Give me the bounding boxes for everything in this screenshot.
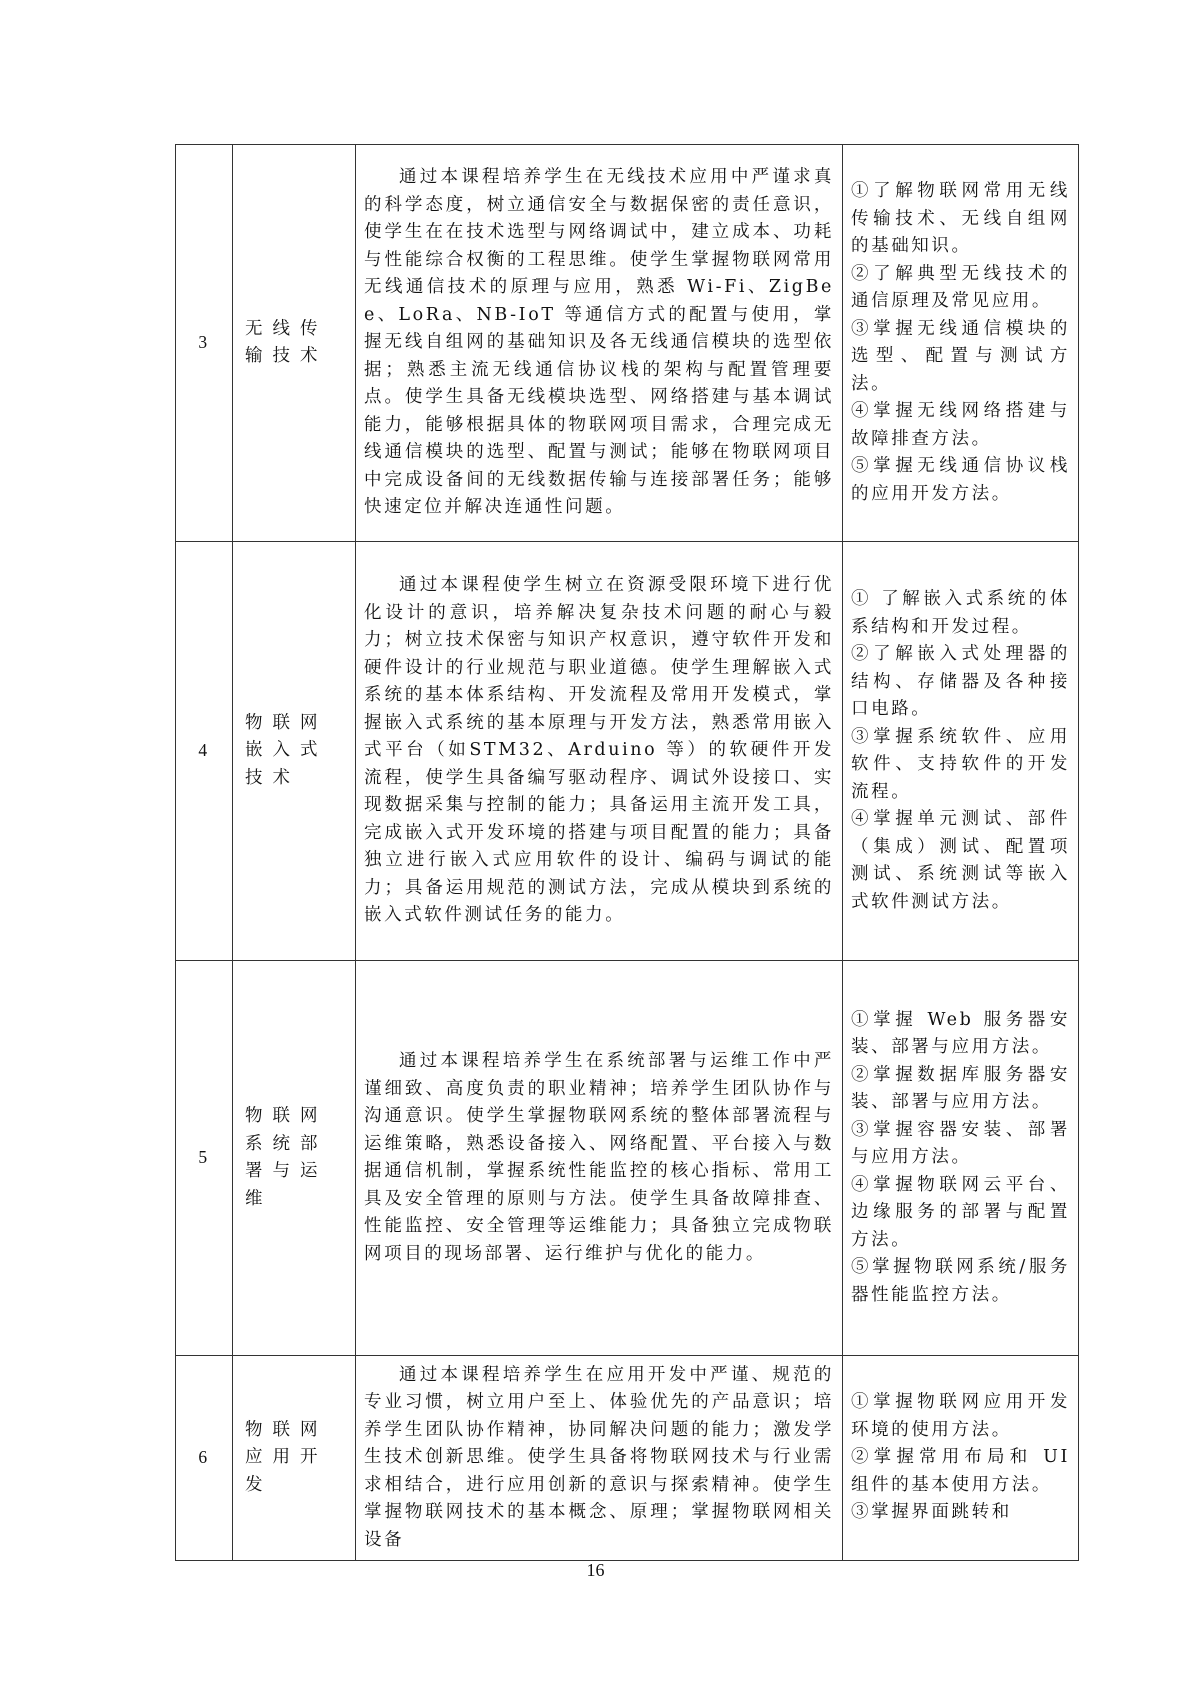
course-number: 6	[176, 1356, 233, 1561]
requirement-item: ④掌握无线网络搭建与故障排查方法。	[851, 398, 1070, 453]
requirement-item: ①了解物联网常用无线传输技术、无线自组网的基础知识。	[851, 178, 1070, 261]
objectives-text: 通过本课程使学生树立在资源受限环境下进行优化设计的意识，培养解决复杂技术问题的耐…	[364, 572, 834, 930]
course-name: 无线传输技术	[233, 145, 356, 542]
course-name: 物联网系统部署与运维	[233, 961, 356, 1356]
requirement-item: ⑤掌握物联网系统/服务器性能监控方法。	[851, 1254, 1070, 1309]
course-number: 5	[176, 961, 233, 1356]
course-name: 物联网嵌入式技术	[233, 542, 356, 961]
requirement-item: ②了解嵌入式处理器的结构、存储器及各种接口电路。	[851, 641, 1070, 724]
table-row: 4 物联网嵌入式技术 通过本课程使学生树立在资源受限环境下进行优化设计的意识，培…	[176, 542, 1079, 961]
course-number: 4	[176, 542, 233, 961]
course-requirements: ①了解物联网常用无线传输技术、无线自组网的基础知识。 ②了解典型无线技术的通信原…	[843, 145, 1079, 542]
requirement-item: ③掌握界面跳转和	[851, 1499, 1070, 1527]
course-objectives: 通过本课程培养学生在无线技术应用中严谨求真的科学态度，树立通信安全与数据保密的责…	[356, 145, 843, 542]
requirement-item: ④掌握单元测试、部件（集成）测试、配置项测试、系统测试等嵌入式软件测试方法。	[851, 806, 1070, 916]
requirement-item: ④掌握物联网云平台、边缘服务的部署与配置方法。	[851, 1172, 1070, 1255]
requirement-item: ②掌握数据库服务器安装、部署与应用方法。	[851, 1062, 1070, 1117]
requirement-item: ① 了解嵌入式系统的体系结构和开发过程。	[851, 586, 1070, 641]
course-name: 物联网应用开发	[233, 1356, 356, 1561]
requirement-item: ③掌握系统软件、应用软件、支持软件的开发流程。	[851, 724, 1070, 807]
document-page: 3 无线传输技术 通过本课程培养学生在无线技术应用中严谨求真的科学态度，树立通信…	[0, 0, 1191, 1684]
table-row: 6 物联网应用开发 通过本课程培养学生在应用开发中严谨、规范的专业习惯，树立用户…	[176, 1356, 1079, 1561]
course-requirements: ①掌握物联网应用开发环境的使用方法。 ②掌握常用布局和 UI 组件的基本使用方法…	[843, 1356, 1079, 1561]
requirement-item: ①掌握 Web 服务器安装、部署与应用方法。	[851, 1007, 1070, 1062]
requirement-item: ⑤掌握无线通信协议栈的应用开发方法。	[851, 453, 1070, 508]
requirement-item: ③掌握容器安装、部署与应用方法。	[851, 1117, 1070, 1172]
course-number: 3	[176, 145, 233, 542]
objectives-text: 通过本课程培养学生在无线技术应用中严谨求真的科学态度，树立通信安全与数据保密的责…	[364, 164, 834, 522]
course-objectives: 通过本课程培养学生在应用开发中严谨、规范的专业习惯，树立用户至上、体验优先的产品…	[356, 1356, 843, 1561]
objectives-text: 通过本课程培养学生在应用开发中严谨、规范的专业习惯，树立用户至上、体验优先的产品…	[364, 1362, 834, 1555]
course-requirements: ①掌握 Web 服务器安装、部署与应用方法。 ②掌握数据库服务器安装、部署与应用…	[843, 961, 1079, 1356]
requirement-item: ③掌握无线通信模块的选型、配置与测试方法。	[851, 316, 1070, 399]
course-objectives: 通过本课程使学生树立在资源受限环境下进行优化设计的意识，培养解决复杂技术问题的耐…	[356, 542, 843, 961]
requirement-item: ②掌握常用布局和 UI 组件的基本使用方法。	[851, 1444, 1070, 1499]
requirement-item: ①掌握物联网应用开发环境的使用方法。	[851, 1389, 1070, 1444]
objectives-text: 通过本课程培养学生在系统部署与运维工作中严谨细致、高度负责的职业精神；培养学生团…	[364, 1048, 834, 1268]
table-row: 5 物联网系统部署与运维 通过本课程培养学生在系统部署与运维工作中严谨细致、高度…	[176, 961, 1079, 1356]
page-number: 16	[0, 1560, 1191, 1581]
course-table: 3 无线传输技术 通过本课程培养学生在无线技术应用中严谨求真的科学态度，树立通信…	[175, 144, 1079, 1561]
course-objectives: 通过本课程培养学生在系统部署与运维工作中严谨细致、高度负责的职业精神；培养学生团…	[356, 961, 843, 1356]
table-row: 3 无线传输技术 通过本课程培养学生在无线技术应用中严谨求真的科学态度，树立通信…	[176, 145, 1079, 542]
course-requirements: ① 了解嵌入式系统的体系结构和开发过程。 ②了解嵌入式处理器的结构、存储器及各种…	[843, 542, 1079, 961]
requirement-item: ②了解典型无线技术的通信原理及常见应用。	[851, 261, 1070, 316]
